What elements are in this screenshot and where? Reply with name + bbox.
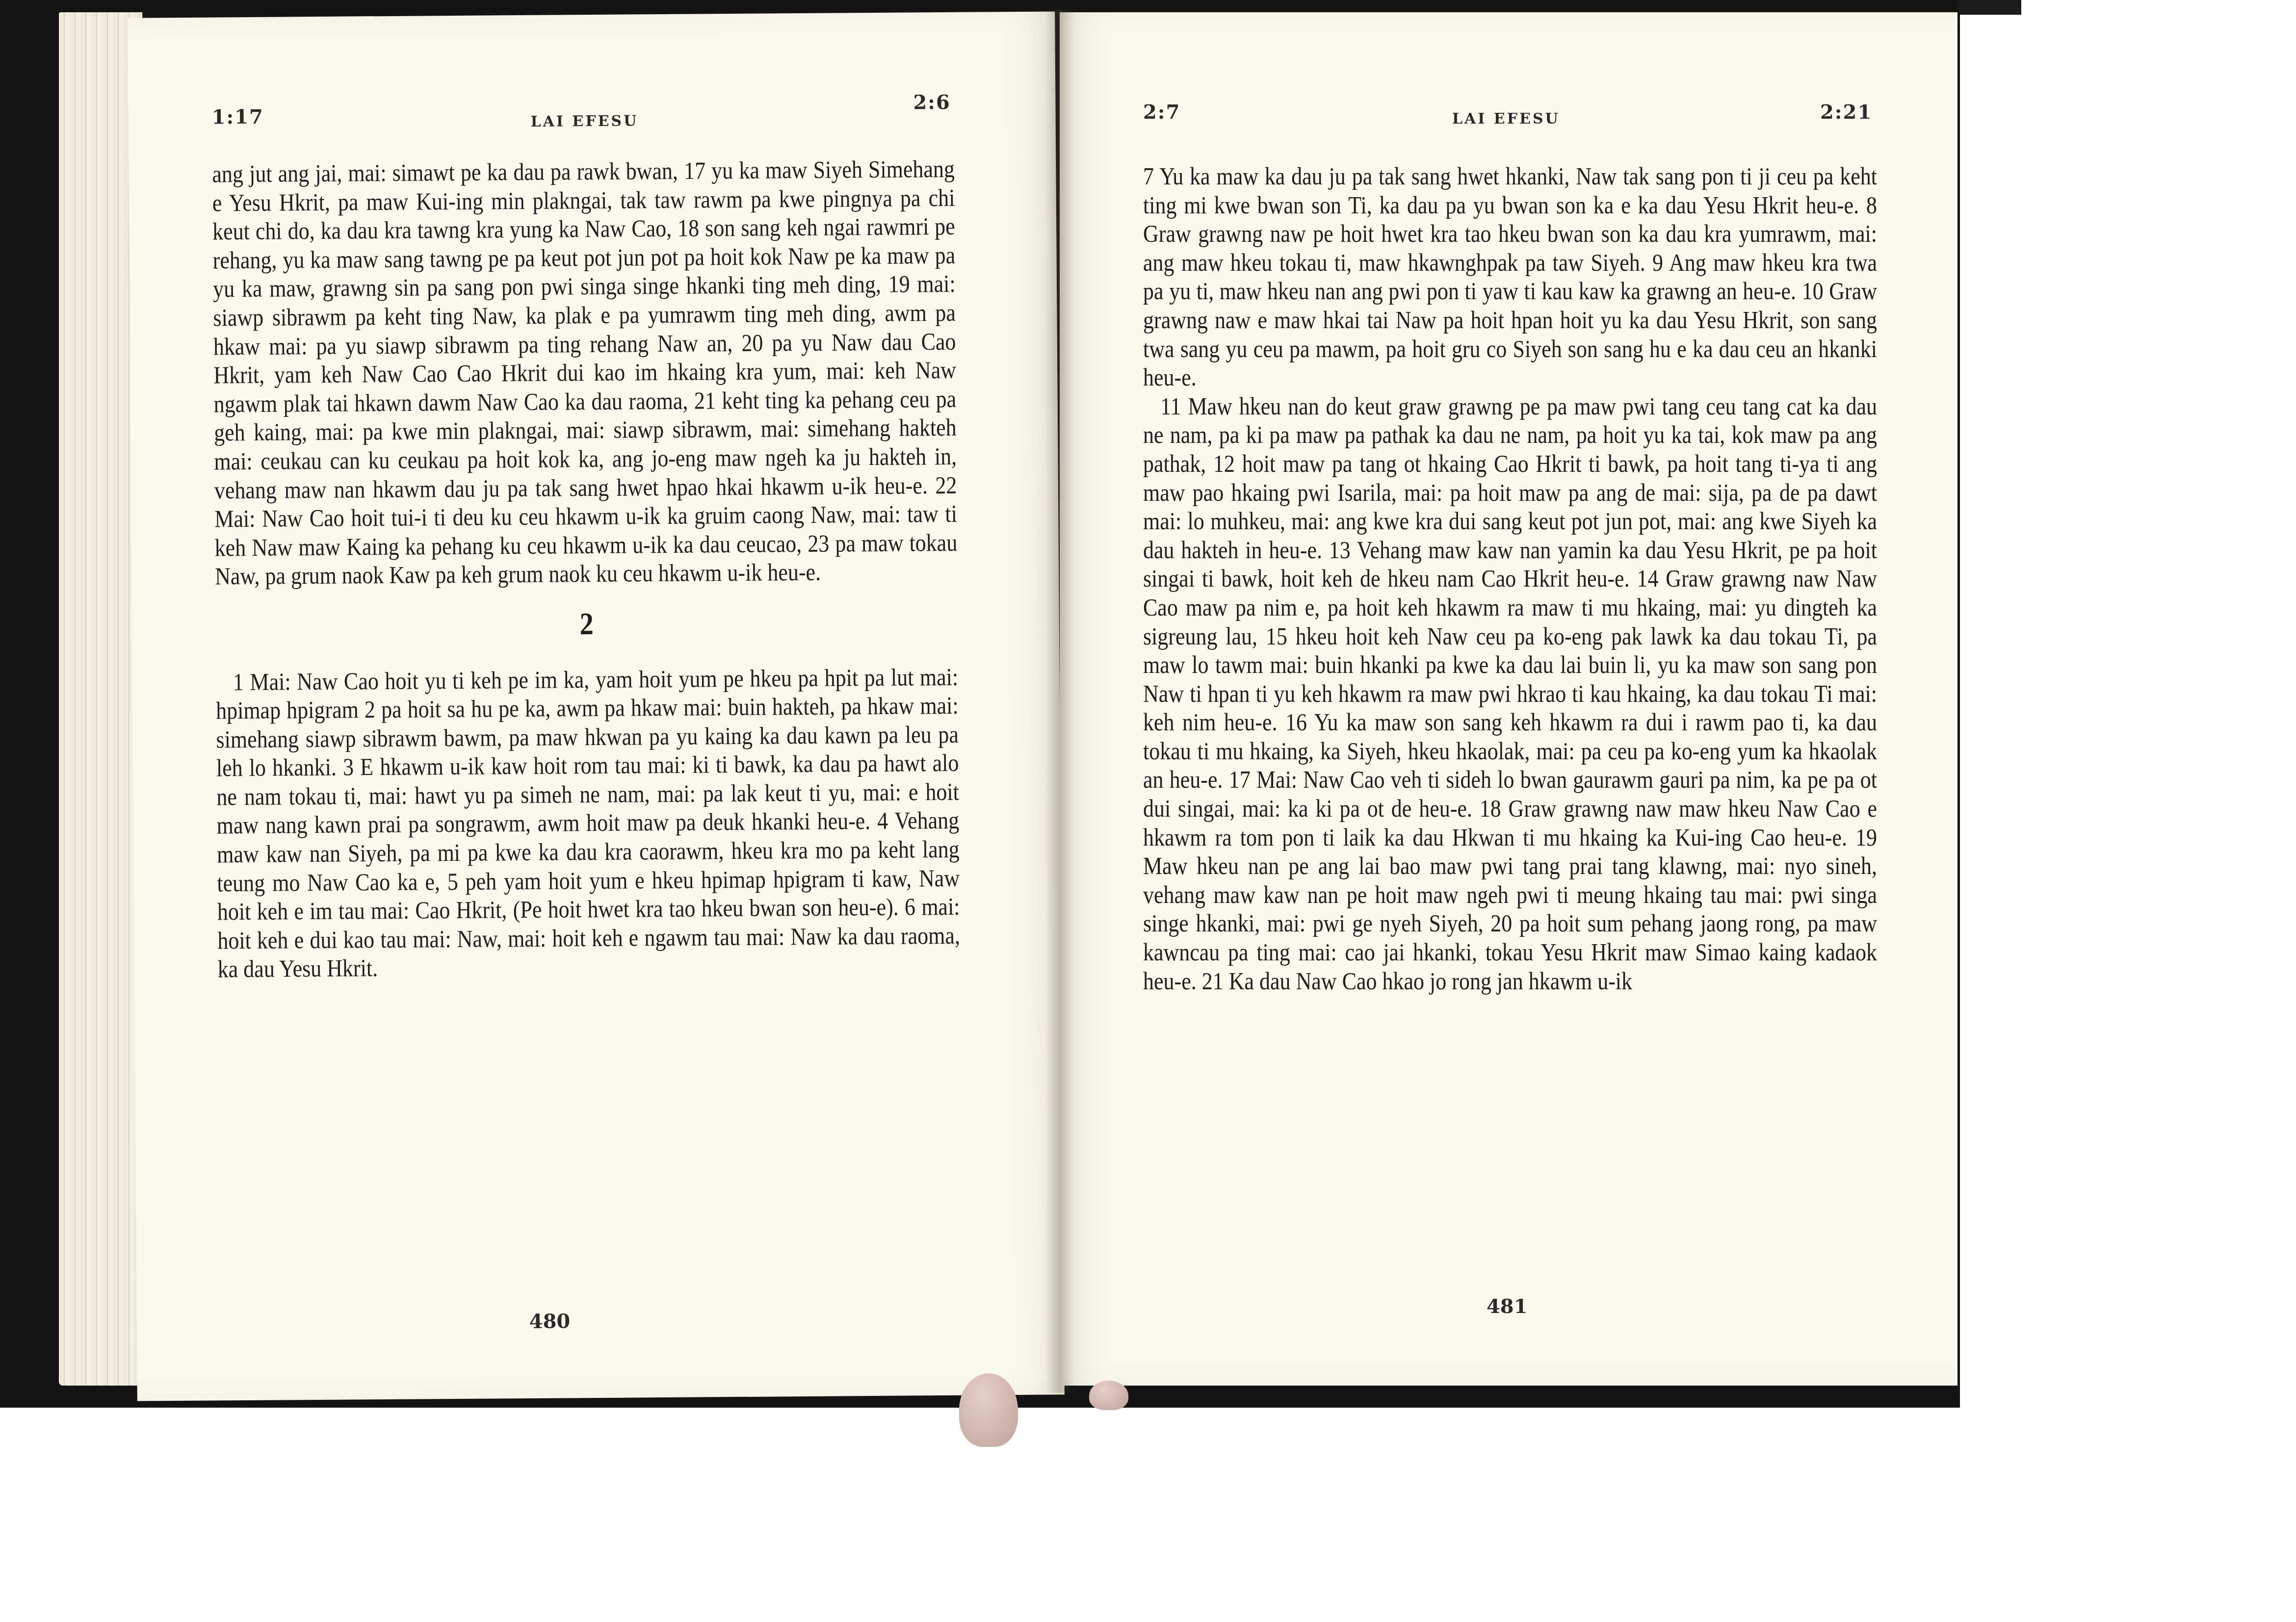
text-column: ang jut ang jai, mai: simawt pe ka dau p… xyxy=(212,154,960,984)
paragraph: 7 Yu ka maw ka dau ju pa tak sang hwet h… xyxy=(1143,162,1877,392)
header-ref-start: 2:7 xyxy=(1143,101,1180,124)
header-ref-end: 2:6 xyxy=(913,91,951,114)
thumb xyxy=(959,1373,1018,1447)
header-title: LAI EFESU xyxy=(1452,105,1560,129)
text-column: 7 Yu ka maw ka dau ju pa tak sang hwet h… xyxy=(1143,162,1877,995)
header-ref-end: 2:21 xyxy=(1820,101,1872,124)
left-page: 1:17 LAI EFESU 2:6 ang jut ang jai, mai:… xyxy=(128,11,1065,1401)
right-page: 2:7 LAI EFESU 2:21 7 Yu ka maw ka dau ju… xyxy=(1060,12,1957,1386)
book-cover-edge xyxy=(1957,0,2021,15)
thumb xyxy=(1089,1381,1128,1410)
continuation-paragraph: ang jut ang jai, mai: simawt pe ka dau p… xyxy=(212,154,958,591)
book-gutter xyxy=(1045,10,1074,1393)
page-number: 480 xyxy=(529,1310,571,1333)
chapter-number: 2 xyxy=(215,607,958,641)
header-ref-start: 1:17 xyxy=(211,105,264,129)
header-title: LAI EFESU xyxy=(530,107,638,131)
page-number: 481 xyxy=(1487,1295,1528,1318)
chapter-paragraph: 1 Mai: Naw Cao hoit yu ti keh pe im ka, … xyxy=(215,662,960,983)
paragraph: 11 Maw hkeu nan do keut graw grawng pe p… xyxy=(1143,392,1877,995)
